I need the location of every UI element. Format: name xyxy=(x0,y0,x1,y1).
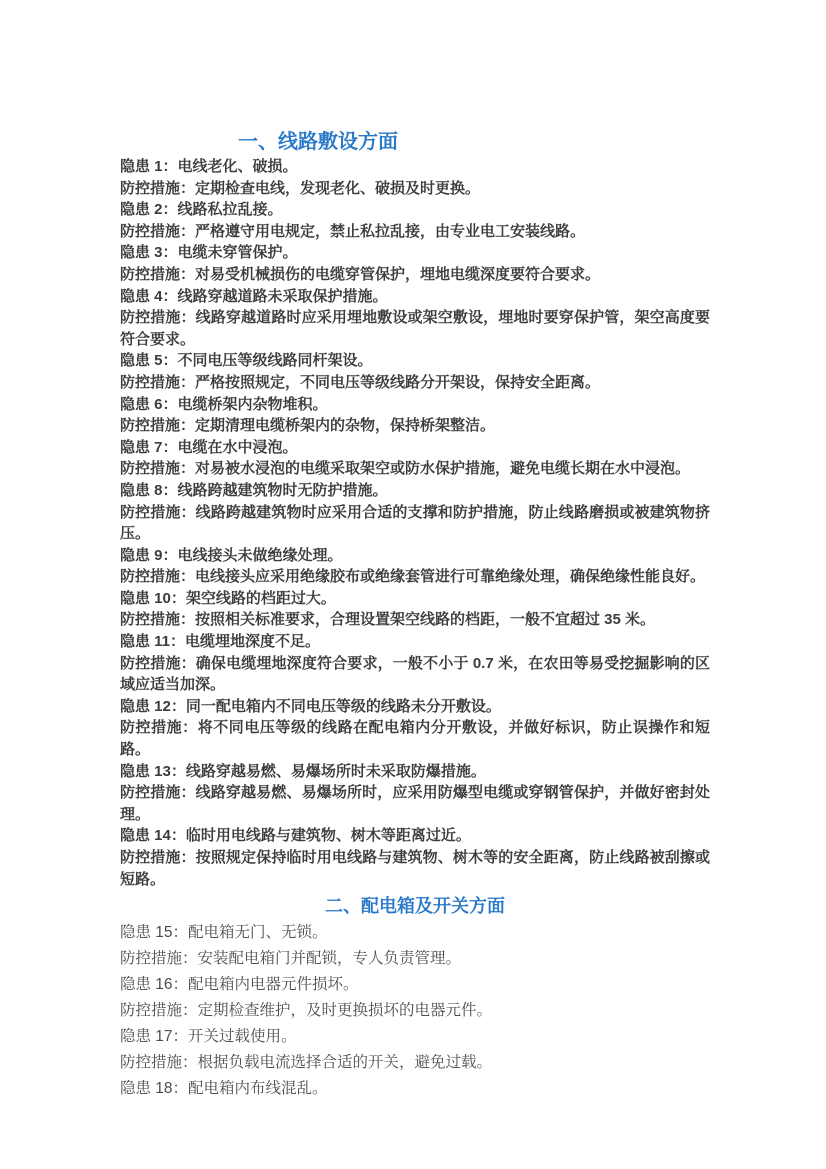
measure-text: 防控措施：线路穿越道路时应采用埋地敷设或架空敷设，埋地时要穿保护管，架空高度要符… xyxy=(120,307,710,350)
hazard-text: 隐患 6：电缆桥架内杂物堆积。 xyxy=(120,394,710,416)
hazard-text: 隐患 4：线路穿越道路未采取保护措施。 xyxy=(120,286,710,308)
hazard-text: 隐患 5：不同电压等级线路同杆架设。 xyxy=(120,350,710,372)
hazard-text: 隐患 17：开关过载使用。 xyxy=(120,1024,710,1050)
measure-text: 防控措施：严格按照规定，不同电压等级线路分开架设，保持安全距离。 xyxy=(120,372,710,394)
measure-text: 防控措施：严格遵守用电规定，禁止私拉乱接，由专业电工安装线路。 xyxy=(120,221,710,243)
measure-text: 防控措施：定期检查维护，及时更换损坏的电器元件。 xyxy=(120,998,710,1024)
hazard-text: 隐患 14：临时用电线路与建筑物、树木等距离过近。 xyxy=(120,825,710,847)
document-page: 一、线路敷设方面隐患 1：电线老化、破损。防控措施：定期检查电线，发现老化、破损… xyxy=(0,0,826,1169)
hazard-text: 隐患 15：配电箱无门、无锁。 xyxy=(120,920,710,946)
hazard-text: 隐患 13：线路穿越易燃、易爆场所时未采取防爆措施。 xyxy=(120,761,710,783)
hazard-text: 隐患 8：线路跨越建筑物时无防护措施。 xyxy=(120,480,710,502)
measure-text: 防控措施：定期清理电缆桥架内的杂物，保持桥架整洁。 xyxy=(120,415,710,437)
hazard-text: 隐患 12：同一配电箱内不同电压等级的线路未分开敷设。 xyxy=(120,696,710,718)
measure-text: 防控措施：定期检查电线，发现老化、破损及时更换。 xyxy=(120,178,710,200)
hazard-text: 隐患 16：配电箱内电器元件损坏。 xyxy=(120,972,710,998)
hazard-text: 隐患 9：电线接头未做绝缘处理。 xyxy=(120,545,710,567)
measure-text: 防控措施：将不同电压等级的线路在配电箱内分开敷设，并做好标识，防止误操作和短路。 xyxy=(120,717,710,760)
hazard-text: 隐患 3：电缆未穿管保护。 xyxy=(120,242,710,264)
measure-text: 防控措施：对易被水浸泡的电缆采取架空或防水保护措施，避免电缆长期在水中浸泡。 xyxy=(120,458,710,480)
measure-text: 防控措施：按照规定保持临时用电线路与建筑物、树木等的安全距离，防止线路被刮擦或短… xyxy=(120,847,710,890)
measure-text: 防控措施：线路穿越易燃、易爆场所时，应采用防爆型电缆或穿钢管保护，并做好密封处理… xyxy=(120,782,710,825)
measure-text: 防控措施：安装配电箱门并配锁，专人负责管理。 xyxy=(120,946,710,972)
measure-text: 防控措施：电线接头应采用绝缘胶布或绝缘套管进行可靠绝缘处理，确保绝缘性能良好。 xyxy=(120,566,710,588)
hazard-text: 隐患 1：电线老化、破损。 xyxy=(120,156,710,178)
measure-text: 防控措施：根据负载电流选择合适的开关，避免过载。 xyxy=(120,1050,710,1076)
hazard-text: 隐患 7：电缆在水中浸泡。 xyxy=(120,437,710,459)
section-heading: 一、线路敷设方面 xyxy=(120,128,710,156)
measure-text: 防控措施：线路跨越建筑物时应采用合适的支撑和防护措施，防止线路磨损或被建筑物挤压… xyxy=(120,502,710,545)
hazard-text: 隐患 10：架空线路的档距过大。 xyxy=(120,588,710,610)
section-heading: 二、配电箱及开关方面 xyxy=(120,890,710,920)
document-content: 一、线路敷设方面隐患 1：电线老化、破损。防控措施：定期检查电线，发现老化、破损… xyxy=(120,128,710,1102)
hazard-text: 隐患 11：电缆埋地深度不足。 xyxy=(120,631,710,653)
hazard-text: 隐患 2：线路私拉乱接。 xyxy=(120,199,710,221)
measure-text: 防控措施：确保电缆埋地深度符合要求，一般不小于 0.7 米，在农田等易受挖掘影响… xyxy=(120,653,710,696)
hazard-text: 隐患 18：配电箱内布线混乱。 xyxy=(120,1076,710,1102)
measure-text: 防控措施：按照相关标准要求，合理设置架空线路的档距，一般不宜超过 35 米。 xyxy=(120,609,710,631)
measure-text: 防控措施：对易受机械损伤的电缆穿管保护，埋地电缆深度要符合要求。 xyxy=(120,264,710,286)
